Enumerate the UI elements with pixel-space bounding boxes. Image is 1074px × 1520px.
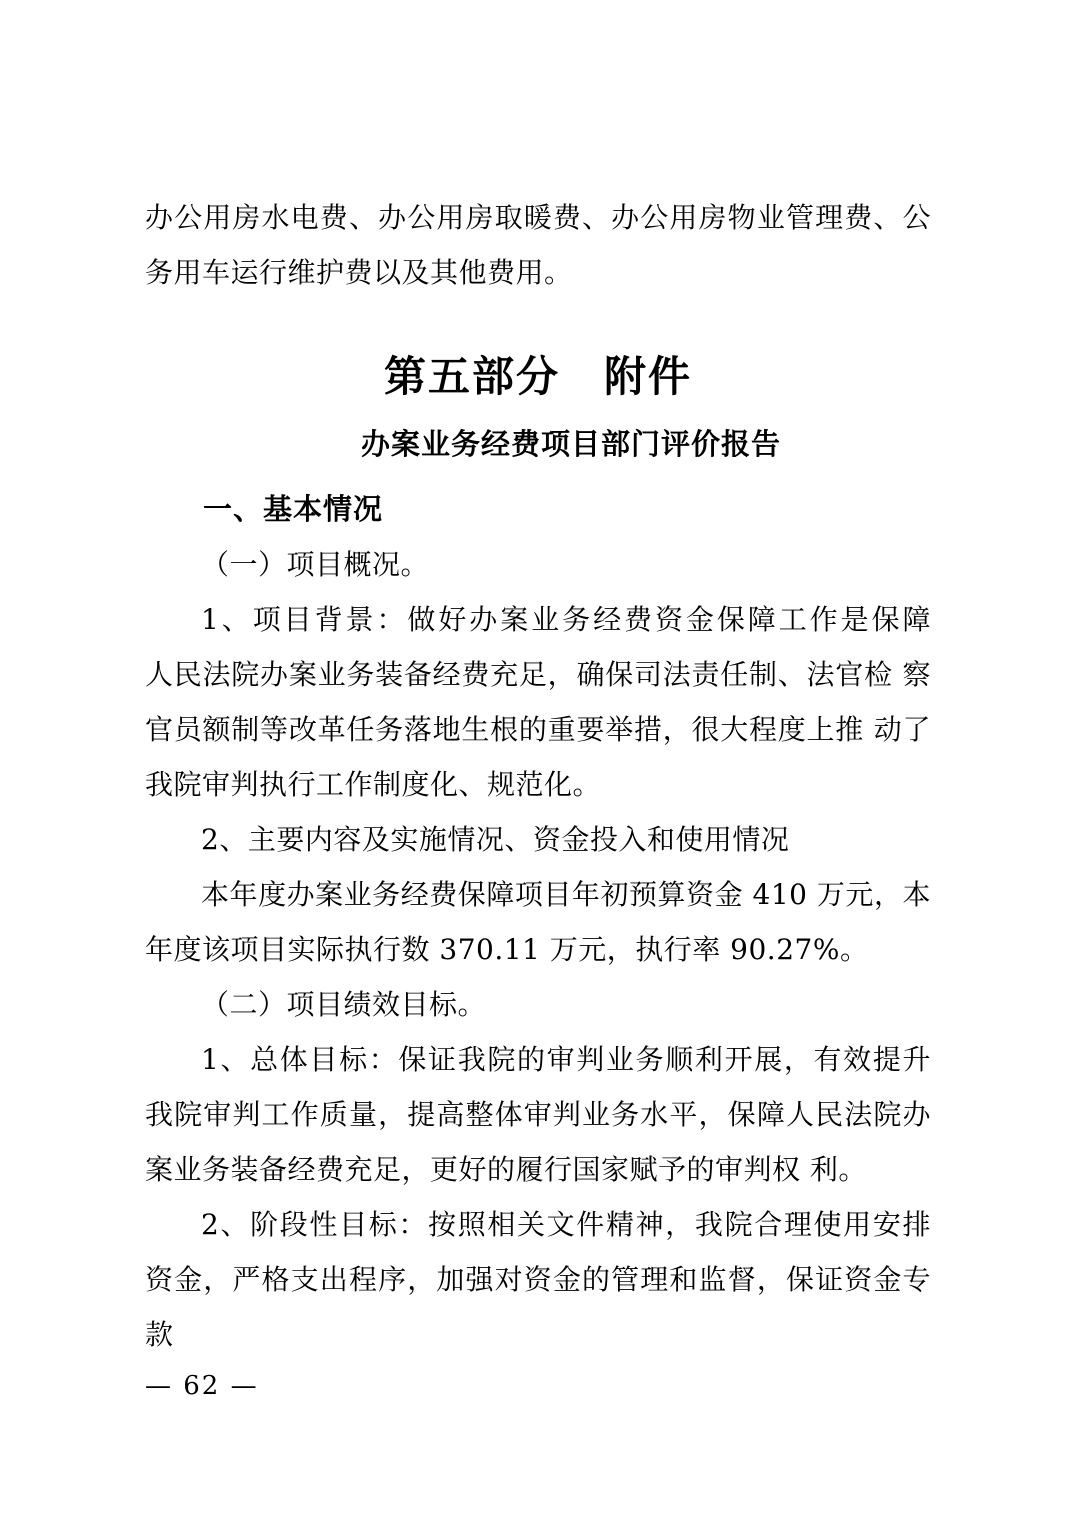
part-title: 第五部分 附件: [145, 346, 931, 408]
document-body: 办公用房水电费、办公用房取暖费、办公用房物业管理费、公务用车运行维护费以及其他费…: [145, 190, 931, 1362]
page-number: — 62 —: [145, 1368, 259, 1404]
subsection-heading-performance-goals: （二）项目绩效目标。: [145, 977, 931, 1032]
subsection-heading-project-overview: （一）项目概况。: [145, 537, 931, 592]
document-page: 办公用房水电费、办公用房取暖费、办公用房物业管理费、公务用车运行维护费以及其他费…: [0, 0, 1074, 1520]
report-title: 办案业务经费项目部门评价报告: [145, 422, 931, 466]
paragraph-funding-figures: 本年度办案业务经费保障项目年初预算资金 410 万元，本年度该项目实际执行数 3…: [145, 867, 931, 977]
paragraph-project-background: 1、项目背景：做好办案业务经费资金保障工作是保障 人民法院办案业务装备经费充足，…: [145, 592, 931, 812]
paragraph-overall-goal: 1、总体目标：保证我院的审判业务顺利开展，有效提升我院审判工作质量，提高整体审判…: [145, 1032, 931, 1197]
paragraph-main-content-heading: 2、主要内容及实施情况、资金投入和使用情况: [145, 812, 931, 867]
paragraph-stage-goal: 2、阶段性目标：按照相关文件精神，我院合理使用安排资金，严格支出程序，加强对资金…: [145, 1197, 931, 1362]
section-heading-basic-info: 一、基本情况: [145, 482, 931, 537]
intro-paragraph: 办公用房水电费、办公用房取暖费、办公用房物业管理费、公务用车运行维护费以及其他费…: [145, 190, 931, 300]
